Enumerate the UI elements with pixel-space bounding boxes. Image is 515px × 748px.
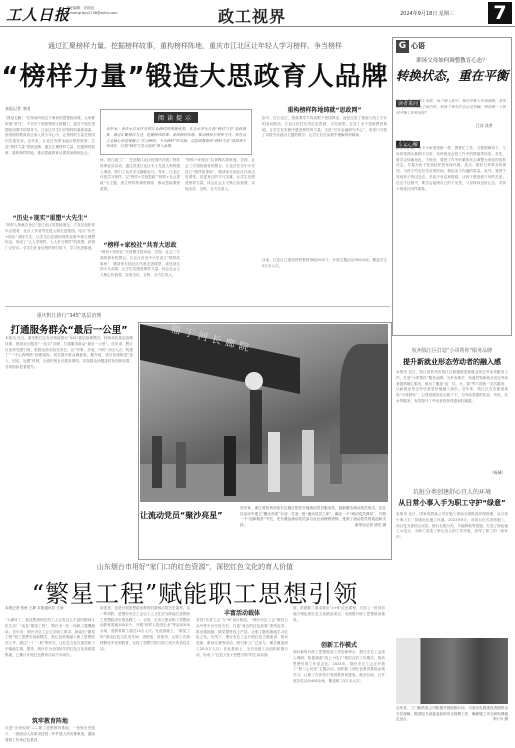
bottom-col4-text: 营，依据职工需求推出“1+N”红色课程，打造了一批具有地方特色的红色文化精品项目… bbox=[293, 606, 385, 636]
person bbox=[268, 432, 280, 492]
sidebar-story2-headline: 提升新就业形态劳动者的融入感 bbox=[392, 357, 512, 367]
divider bbox=[5, 306, 390, 307]
lead-deck: 通过汇聚榜样力量、挖掘榜样故事，重构榜样阵地，重庆市江北区让年轻人学习榜样、争当… bbox=[0, 41, 390, 51]
lead-col2-subhead: “榜样+家校社”共育大思政 bbox=[100, 240, 180, 249]
sidebar-story2-text: 本报讯 近日，浙江省杭州市钱江区积极推进新就业形态劳动者服务工作，打造“小哥帮你… bbox=[396, 370, 508, 470]
bottom-col4-subhead: 创新工作模式 bbox=[293, 640, 385, 649]
issue-date: 2024年9月18日 星期三 bbox=[400, 10, 454, 17]
sub-story-text: 本报讯 近日，重庆黔江区在各街道推行“345”基层治理模式，持续优化基层治理体系… bbox=[5, 336, 133, 544]
bottom-col1-text: “大循环了，真没想到现在的工人会有这么丰富的精神文化生活！”谈及“繁星工程”，烟… bbox=[5, 618, 95, 714]
sidebar-photo bbox=[396, 638, 508, 704]
section-title: 政工视界 bbox=[218, 4, 286, 27]
sidebar-story2-deck: 杭州钱江区打造“小哥帮你”服务品牌 bbox=[392, 347, 512, 354]
bottom-col3-subhead: 丰富活动载体 bbox=[196, 608, 288, 617]
reader-text: 您好，我们是职工家庭，孩子刚上初中，我经常要工作到很晚，常常因为没时间陪孩子而内… bbox=[396, 99, 506, 123]
reader-sign: 江苏 读者 bbox=[476, 123, 492, 129]
sidebar-photo-credit: 李小平 摄 bbox=[492, 717, 508, 723]
sidebar-photo-caption-text: 近年来，三门峡供电公司积极开展助推行动，为高压电网建设者提供全方位保障，推进电力… bbox=[396, 706, 508, 721]
bottom-deck: 山东烟台市用好“家门口的红色资源”，深挖红色文化的育人价值 bbox=[0, 562, 390, 572]
bottom-col2-text: 讲述者，也是开展思想政治教育的最鲜活的历史素材。这一阵列阵，是烟台市总工会以工人… bbox=[100, 606, 190, 748]
lead-col1-subhead: “历史+现实”重塑“大先生” bbox=[5, 213, 95, 222]
sub-story-headline: 打通服务群众“最后一公里” bbox=[5, 322, 133, 336]
lead-intro-box: 阅读提示 近年来，重庆市江北区发挥江北榜样的资源优势，在全市率先打造“榜样力量”… bbox=[100, 109, 252, 155]
bottom-byline: 本报记者 张秋 王静 本报通讯员 王涛 bbox=[5, 606, 95, 611]
photo-caption: 近年来，浙江省杭州市临平区通过依托开展流动党员服务站，创新服务流动党员形式，在社… bbox=[240, 506, 386, 550]
person bbox=[224, 436, 236, 496]
news-photo: 福丁河长廊院 bbox=[140, 324, 388, 502]
lead-headline: “榜样力量”锻造大思政育人品牌 bbox=[0, 56, 390, 93]
reading-tip-tag: 阅读提示 bbox=[154, 112, 198, 123]
lead-col3-text: 如今，在江北区，思政课堂不再局限于校园教室，而是走进了基地与线上平台的双向联动。… bbox=[262, 116, 387, 256]
newspaper-logo: 工人日报 bbox=[6, 4, 70, 25]
column-name: 心语 bbox=[411, 42, 425, 50]
sidebar-story3-text: 本报讯 近日，国家电网某公司在施工现场全面推进环保管理，从日常小事入手，持续优化… bbox=[396, 512, 508, 620]
trees bbox=[340, 344, 388, 454]
bottom-col1-subhead: 筑牢教育阵地 bbox=[5, 716, 95, 725]
column-badge: G bbox=[396, 40, 409, 53]
sidebar-story3-deck: 坑脏分类创建舒心宜人的环境 bbox=[392, 487, 512, 496]
lead-col2-text2: “榜样+家校社”共育模式将家庭、学校、社会三方面资源有机整合。江北区在各中小学设… bbox=[100, 250, 180, 305]
column-header: G心语 bbox=[396, 40, 425, 53]
bottom-col4-text2: 面对新时代职工思想政治工作的新特点，烟台市总工会深入调研，积极探索“线上+线下”… bbox=[293, 650, 385, 748]
sidebar-question: 职场父母如何调整教育心态？ bbox=[392, 56, 512, 64]
expert-text: 新学年伊始，在不少家庭里都一样，既要忙工作，又要照顾孩子，父母常常两头都顾不过来… bbox=[396, 146, 506, 330]
lead-col1-text2: “榜样人物就在身边”是江北区的思政理念。江北区组织青年志愿者、社区工作者等先进人… bbox=[5, 223, 95, 303]
photo-credit: 新华社记者 徐昱 摄 bbox=[355, 523, 386, 529]
lead-col1-text: “我是毛鹏！”在现场听说这个事前的思想政治课，大家都叫他“老马”，不仅在于他独特… bbox=[5, 116, 95, 212]
editor-email: E-mail:grbyy2138@sohu.com bbox=[66, 11, 118, 16]
sidebar-story3-headline: 从日常小事入手为职工守护“绿意” bbox=[392, 498, 512, 508]
lantern bbox=[245, 372, 263, 390]
person bbox=[176, 442, 186, 488]
lead-tag-wrap: 阅读提示 bbox=[101, 105, 251, 124]
bottom-col1-text2: 走进“光荣传统”——职工思想教育基地，一张张历史照片、一段段动人故事讲述着一件件… bbox=[5, 726, 95, 748]
sidebar-headline: 转换状态，重在平衡 bbox=[392, 66, 512, 84]
sub-story-deck: 重庆黔江推行“345”基层治理 bbox=[5, 312, 133, 319]
editor-info: 责任编辑：乔国良 E-mail:grbyy2138@sohu.com bbox=[66, 6, 118, 16]
lead-col2b-text: “榜样+家校社”共育模式将家庭、学校、社会三方面资源有机整合。江北区在各中小学设… bbox=[185, 158, 255, 306]
lead-col3-subhead: 重构榜样阵地铸就“思政网” bbox=[262, 105, 387, 114]
lead-col3-text2: 目前，江北区已建成榜样教育基地20余个，开展主题活动300余场，覆盖学生5万余人… bbox=[262, 258, 387, 306]
sidebar-photo-caption: 近年来，三门峡供电公司积极开展助推行动，为高压电网建设者提供全方位保障，推进电力… bbox=[396, 706, 508, 746]
lead-intro-text: 近年来，重庆市江北区发挥江北榜样的资源优势，在全市率先打造“榜样力量”思政教育，… bbox=[106, 127, 246, 159]
bottom-headline: “繁星工程”赋能职工思想引领 bbox=[0, 574, 390, 609]
sidebar-story2-source: （杨城） bbox=[490, 470, 505, 476]
person bbox=[152, 436, 162, 488]
lead-byline: 本报记者 李国 bbox=[5, 106, 30, 112]
bottom-col3-text: 坚持“共青工会”与“N”项目联动，“烟台市总工会”微信公众号等平台开设专栏，打造… bbox=[196, 618, 288, 748]
lead-col2-text: 杨，铁江画工厂，在近期江北区校园内开展了榜样故事宣讲活动，通过讲述江北区本土先进… bbox=[100, 158, 180, 238]
page-number: 7 bbox=[488, 2, 512, 24]
photo-headline: 让流动党员“聚沙亮星” bbox=[140, 510, 236, 521]
person bbox=[302, 430, 314, 496]
